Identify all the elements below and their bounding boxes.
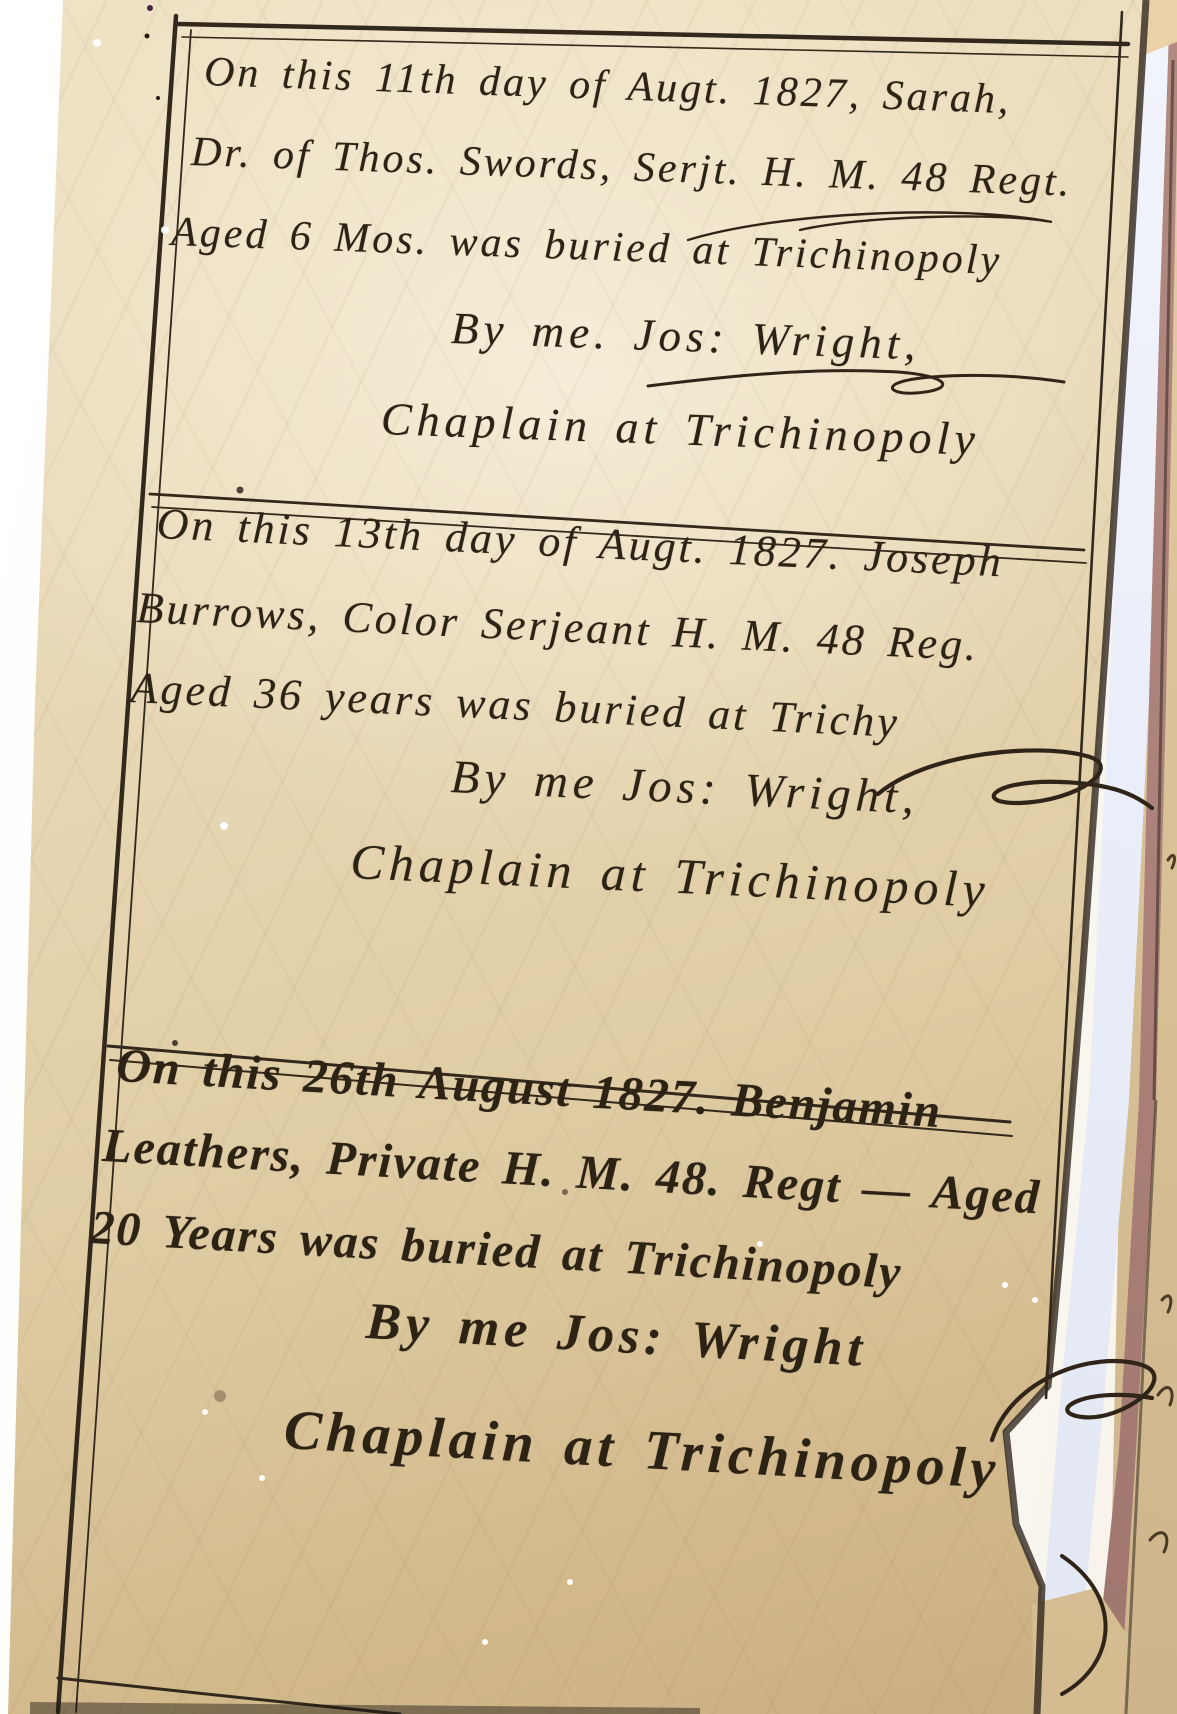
photo-of-register-page: On this 11th day of Augt. 1827, Sarah, D… — [0, 0, 1177, 1714]
